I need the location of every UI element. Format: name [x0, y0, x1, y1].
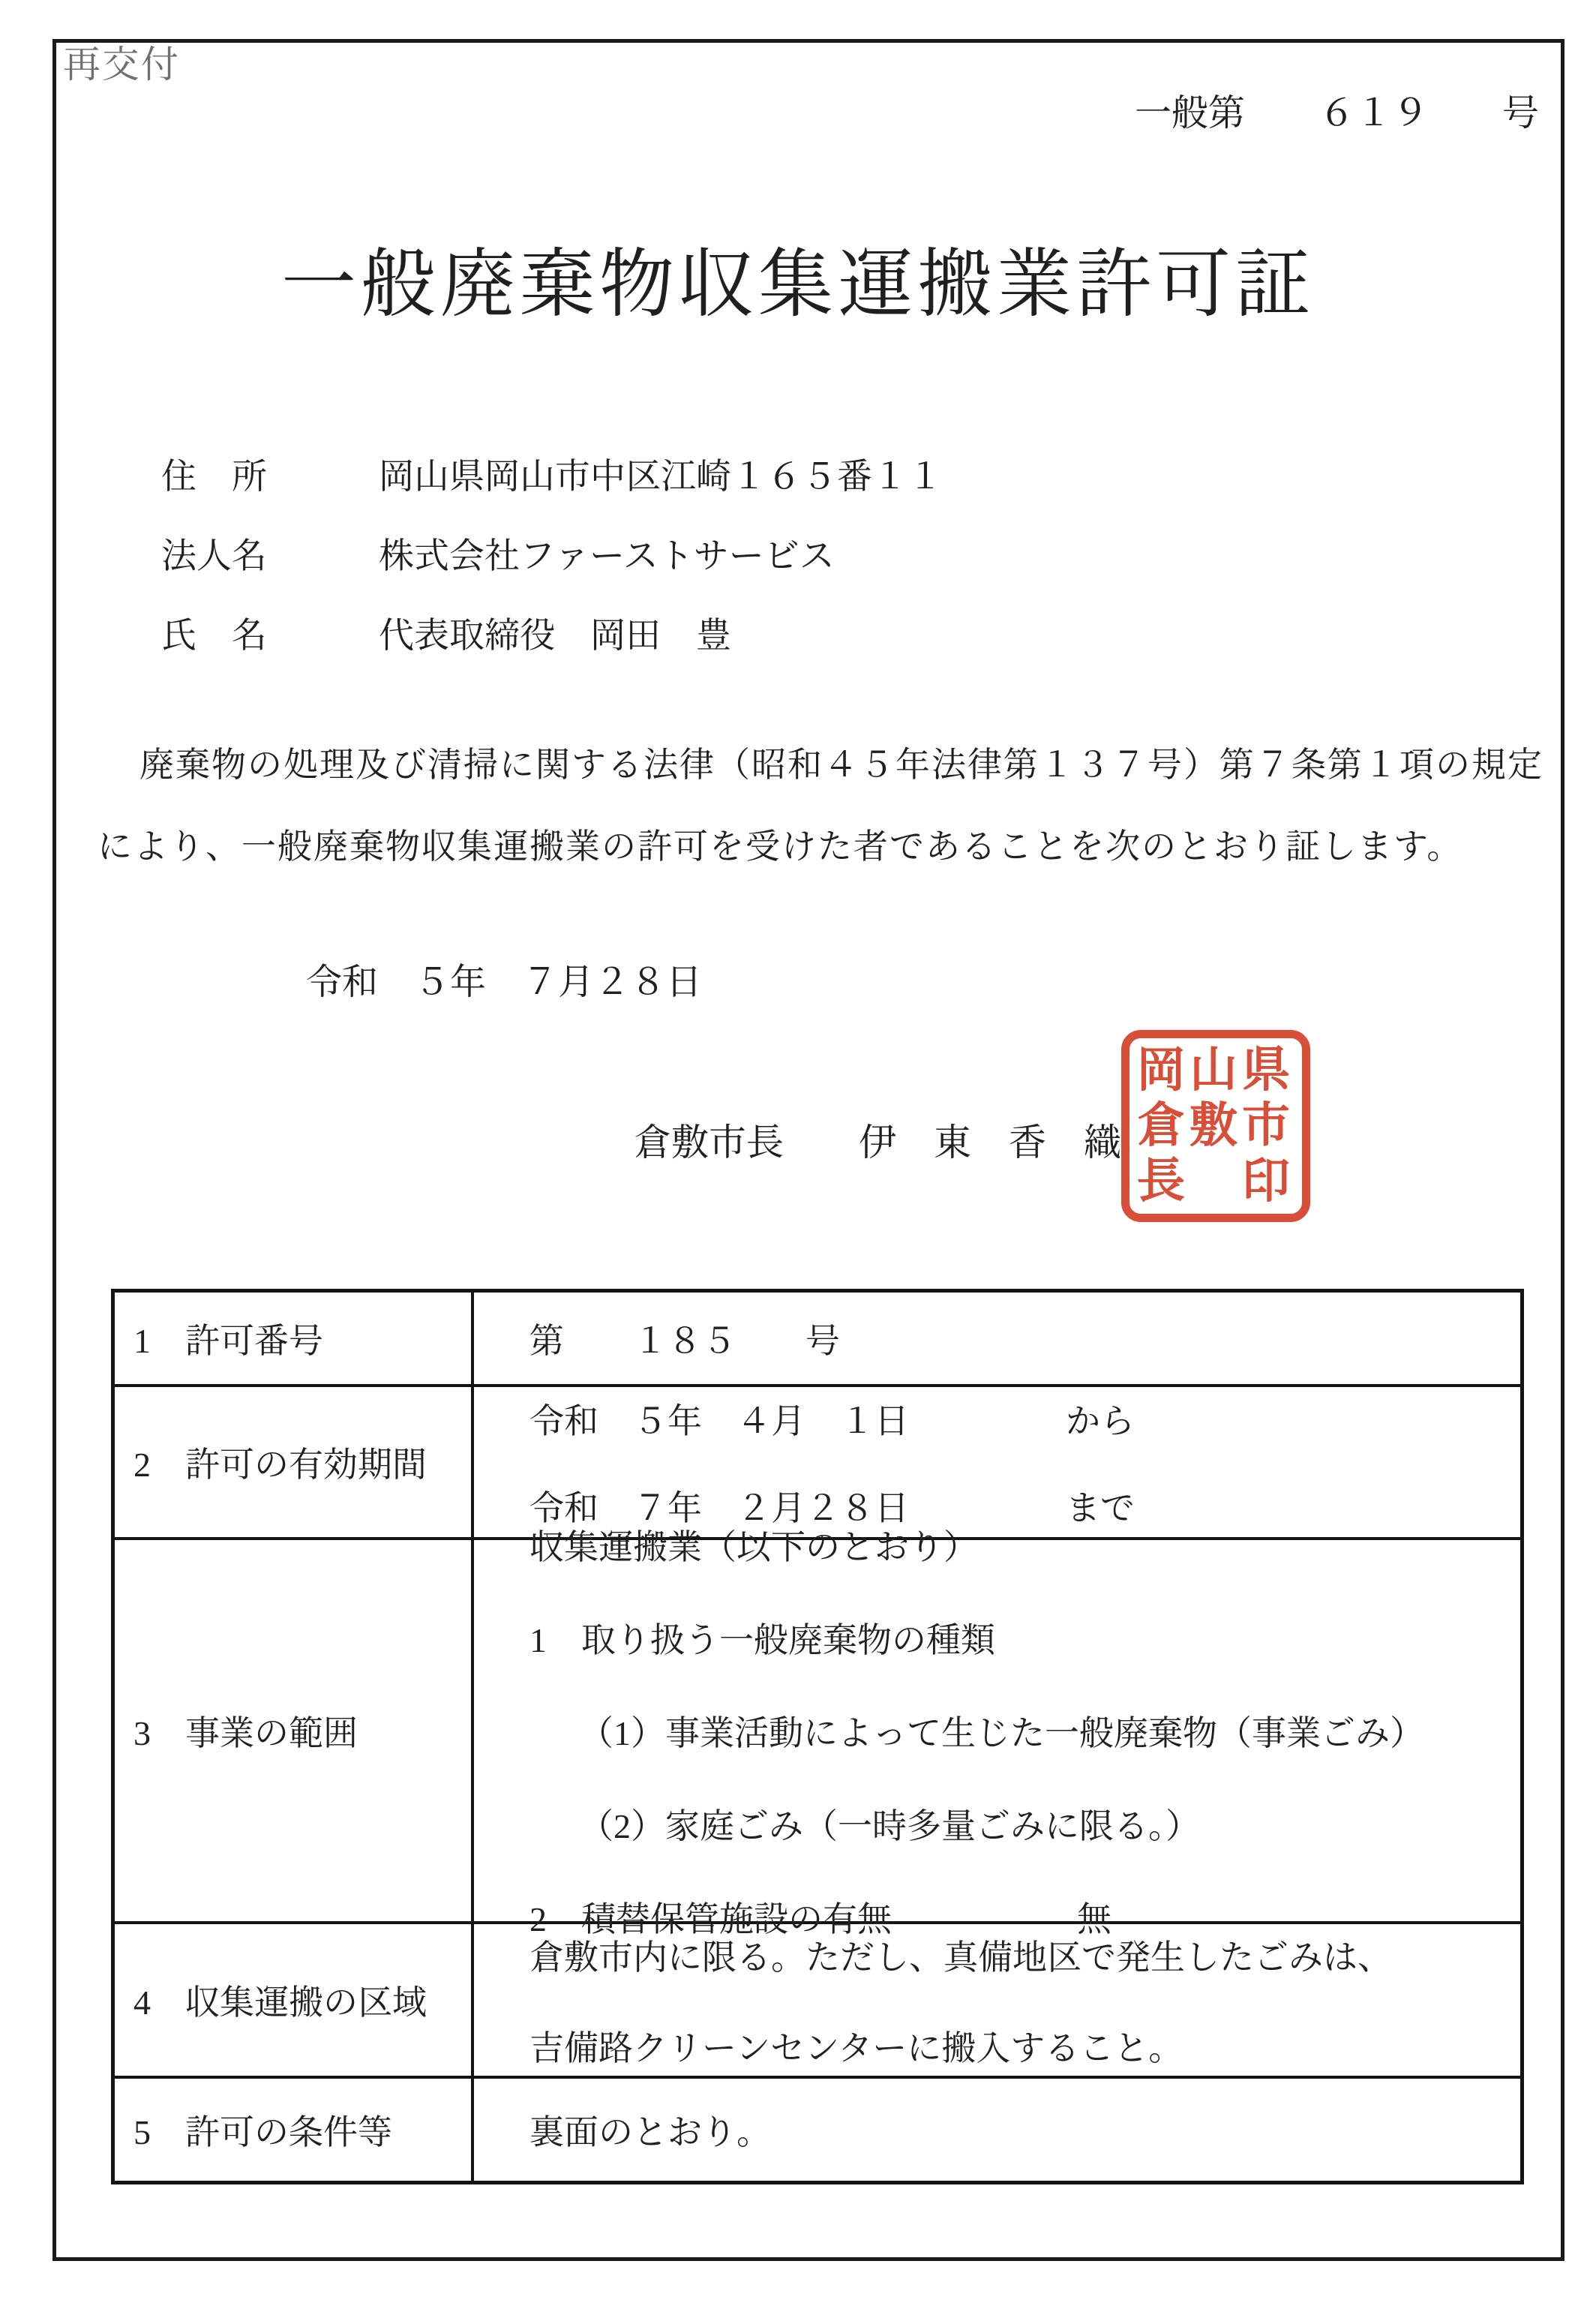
- validity-from-suffix: から: [1066, 1402, 1135, 1440]
- legal-statement-line-2: により、一般廃棄物収集運搬業の許可を受けた者であることを次のとおり証します。: [97, 819, 1526, 869]
- issuer-mayor-name: 倉敷市長 伊 東 香 織: [634, 1112, 1121, 1167]
- validity-from-line: 令和 ５年 ４月 １日から: [529, 1394, 1520, 1443]
- seal-text-row-1: 岡山県: [1137, 1043, 1294, 1098]
- table-row-permit-number: 1 許可番号 第 １８５ 号: [115, 1293, 1520, 1387]
- representative-value: 代表取締役 岡田 豊: [379, 608, 731, 658]
- legal-statement-line-1: 廃棄物の処理及び清掃に関する法律（昭和４５年法律第１３７号）第７条第１項の規定: [97, 737, 1568, 787]
- seal-text-row-3: 長 印: [1137, 1154, 1294, 1209]
- permit-table: 1 許可番号 第 １８５ 号 2 許可の有効期間 令和 ５年 ４月 １日から 令…: [111, 1289, 1524, 2184]
- table-row-permit-conditions: 5 許可の条件等 裏面のとおり。: [115, 2079, 1520, 2181]
- area-line-1: 倉敷市内に限る。ただし、真備地区で発生したごみは、: [529, 1930, 1520, 1980]
- validity-period-label: 2 許可の有効期間: [115, 1387, 474, 1537]
- permit-document-page: 再交付 一般第 ６１９ 号 一般廃棄物収集運搬業許可証 住 所 岡山県岡山市中区…: [0, 0, 1596, 2312]
- business-scope-label: 3 事業の範囲: [115, 1540, 474, 1921]
- collection-area-label: 4 収集運搬の区域: [115, 1924, 474, 2076]
- table-row-business-scope: 3 事業の範囲 収集運搬業（以下のとおり） 1 取り扱う一般廃棄物の種類 （1）…: [115, 1540, 1520, 1924]
- area-line-2: 吉備路クリーンセンターに搬入すること。: [529, 2021, 1520, 2070]
- representative-label: 氏 名: [161, 608, 267, 658]
- scope-line-3: （1）事業活動によって生じた一般廃棄物（事業ごみ）: [529, 1706, 1520, 1755]
- validity-from-date: 令和 ５年 ４月 １日: [529, 1394, 1066, 1443]
- mayor-seal: 岡山県 倉敷市 長 印: [1121, 1030, 1310, 1222]
- corporation-value: 株式会社ファーストサービス: [379, 528, 835, 578]
- address-label: 住 所: [161, 449, 267, 499]
- table-row-collection-area: 4 収集運搬の区域 倉敷市内に限る。ただし、真備地区で発生したごみは、 吉備路ク…: [115, 1924, 1520, 2079]
- permit-conditions-label: 5 許可の条件等: [115, 2079, 474, 2181]
- scope-line-2: 1 取り扱う一般廃棄物の種類: [529, 1613, 1520, 1662]
- permit-number-text: 第 １８５ 号: [529, 1314, 1520, 1363]
- scope-line-4: （2）家庭ごみ（一時多量ごみに限る。）: [529, 1799, 1520, 1848]
- permit-conditions-value: 裏面のとおり。: [474, 2079, 1520, 2181]
- permit-conditions-text: 裏面のとおり。: [529, 2105, 1520, 2154]
- scope-line-1: 収集運搬業（以下のとおり）: [529, 1520, 1520, 1569]
- reissue-stamp: 再交付: [63, 35, 180, 89]
- permit-number-label: 1 許可番号: [115, 1293, 474, 1384]
- issue-date: 令和 ５年 ７月２８日: [306, 953, 702, 1004]
- collection-area-value: 倉敷市内に限る。ただし、真備地区で発生したごみは、 吉備路クリーンセンターに搬入…: [474, 1924, 1520, 2076]
- corporation-label: 法人名: [161, 528, 267, 578]
- validity-period-value: 令和 ５年 ４月 １日から 令和 ７年 ２月２８日まで: [474, 1387, 1520, 1537]
- seal-text-row-2: 倉敷市: [1137, 1098, 1294, 1154]
- document-title: 一般廃棄物収集運搬業許可証: [0, 224, 1596, 332]
- business-scope-value: 収集運搬業（以下のとおり） 1 取り扱う一般廃棄物の種類 （1）事業活動によって…: [474, 1540, 1520, 1921]
- permit-number-value: 第 １８５ 号: [474, 1293, 1520, 1384]
- table-row-validity-period: 2 許可の有効期間 令和 ５年 ４月 １日から 令和 ７年 ２月２８日まで: [115, 1387, 1520, 1540]
- document-number: 一般第 ６１９ 号: [1135, 84, 1539, 137]
- address-value: 岡山県岡山市中区江崎１６５番１１: [379, 449, 943, 499]
